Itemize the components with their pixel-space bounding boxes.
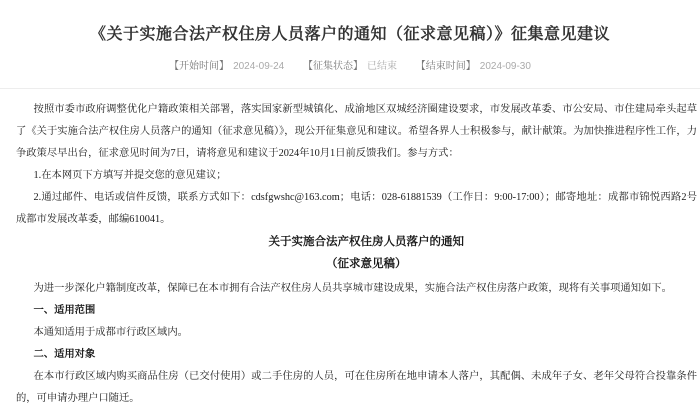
meta-end-time: 【结束时间】2024-09-30 xyxy=(416,61,531,73)
meta-collect-status: 【征集状态】已结束 xyxy=(303,61,397,73)
feedback-method-item-1: 1.在本网页下方填写并提交您的意见建议； xyxy=(16,165,697,187)
meta-collect-status-value: 已结束 xyxy=(367,61,397,72)
notice-subtitle: （征求意见稿） xyxy=(16,253,697,275)
page-title: 《关于实施合法产权住房人员落户的通知（征求意见稿）》征集意见建议 xyxy=(0,0,700,44)
notice-intro-paragraph: 为进一步深化户籍制度改革，保障已在本市拥有合法产权住房人员共享城市建设成果，实施… xyxy=(16,278,697,300)
meta-end-time-value: 2024-09-30 xyxy=(480,61,531,72)
intro-paragraph: 按照市委市政府调整优化户籍政策相关部署，落实国家新型城镇化、成渝地区双城经济圈建… xyxy=(16,99,697,165)
meta-start-time-value: 2024-09-24 xyxy=(233,61,284,72)
header-divider xyxy=(0,88,700,89)
meta-collect-status-label: 【征集状态】 xyxy=(303,61,363,72)
meta-start-time-label: 【开始时间】 xyxy=(169,61,229,72)
section-2-heading: 二、适用对象 xyxy=(16,344,697,366)
article-body: 按照市委市政府调整优化户籍政策相关部署，落实国家新型城镇化、成渝地区双城经济圈建… xyxy=(0,99,700,409)
meta-row: 【开始时间】2024-09-24 【征集状态】已结束 【结束时间】2024-09… xyxy=(0,61,700,73)
meta-start-time: 【开始时间】2024-09-24 xyxy=(169,61,284,73)
section-1-body: 本通知适用于成都市行政区域内。 xyxy=(16,322,697,344)
section-1-heading: 一、适用范围 xyxy=(16,300,697,322)
meta-end-time-label: 【结束时间】 xyxy=(416,61,476,72)
notice-title: 关于实施合法产权住房人员落户的通知 xyxy=(16,231,697,253)
feedback-method-item-2: 2.通过邮件、电话或信件反馈，联系方式如下：cdsfgwshc@163.com；… xyxy=(16,187,697,231)
section-2-body: 在本市行政区域内购买商品住房（已交付使用）或二手住房的人员，可在住房所在地申请本… xyxy=(16,366,697,409)
